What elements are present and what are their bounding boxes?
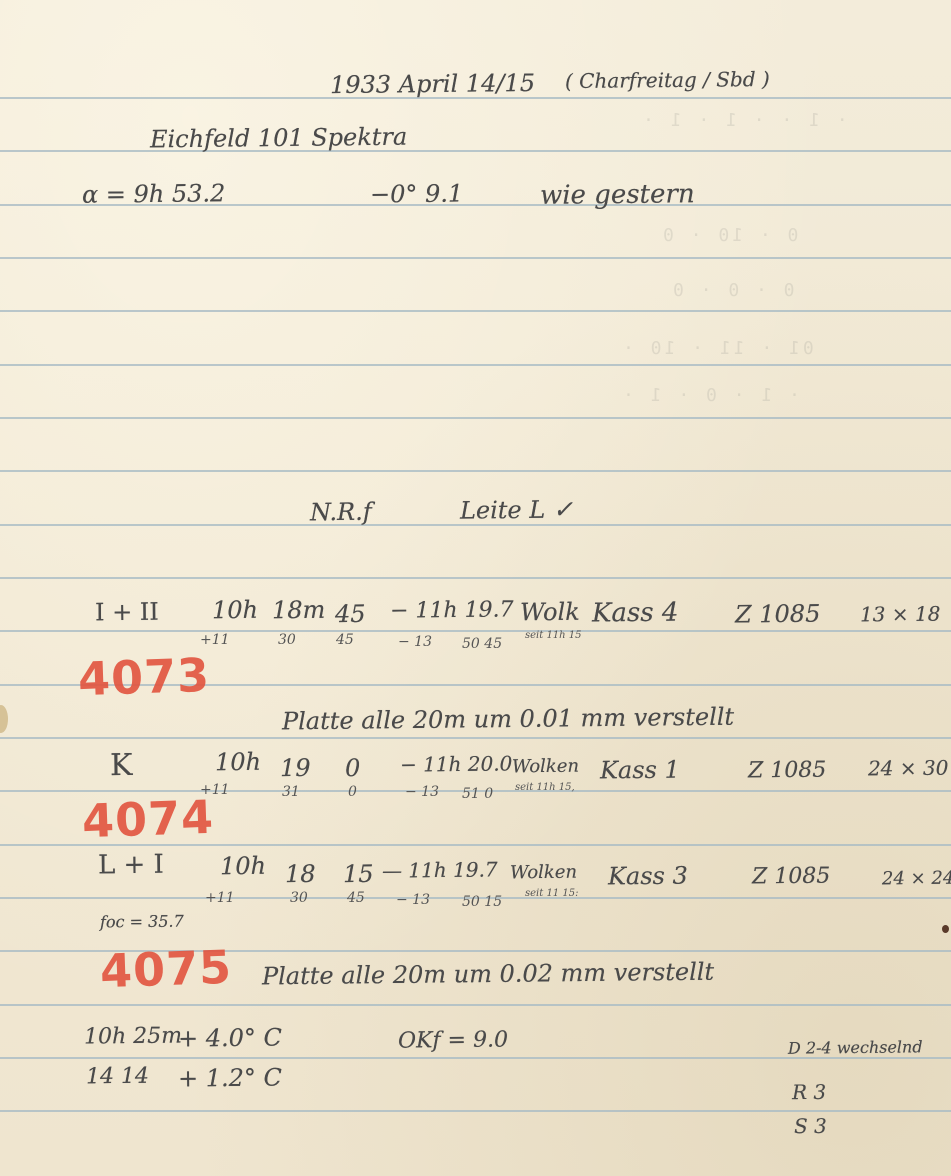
declination: −0° 9.1 [370, 180, 463, 209]
exposure-start-hour: 10h [215, 748, 261, 776]
weather-note: seit 11h 15, [515, 782, 575, 793]
exposure-start-second: 0 [345, 754, 361, 782]
sub-value: 0 [484, 786, 493, 802]
exposure-start-second: 45 [335, 600, 366, 628]
focus-value: foc = 35.7 [100, 912, 184, 932]
sub-value: − 13 [398, 634, 432, 650]
plate-type: Z 1085 [735, 600, 821, 629]
exposure-remark: Platte alle 20m um 0.02 mm verstellt [262, 958, 714, 991]
sub-value: +11 [205, 890, 235, 906]
target-field: Eichfeld 101 Spektra [150, 123, 408, 154]
ruled-line [0, 1004, 951, 1006]
sub-value: 51 [462, 786, 480, 802]
exposure-remark: Platte alle 20m um 0.01 mm verstellt [282, 703, 734, 736]
sub-value: 31 [282, 784, 300, 800]
ruled-line [0, 470, 951, 472]
weather: Wolken [512, 756, 579, 778]
bleed-through-text: · 1 · 0 · 1 · [620, 385, 800, 406]
ruled-line [0, 1110, 951, 1112]
paper-stain [0, 705, 8, 733]
exposure-filter: I + II [95, 598, 159, 627]
sub-value: 0 [348, 784, 357, 800]
weather-note: seit 11 15: [525, 888, 578, 899]
plate-number: 4073 [77, 648, 211, 707]
target-note: wie gestern [540, 179, 695, 211]
plate-size: 13 × 18 [860, 602, 941, 627]
weather: Wolken [510, 862, 577, 884]
temperature-time: 10h 25m [84, 1023, 182, 1049]
exposure-end: − 11h 19.7 [390, 597, 514, 623]
sub-value: − 13 [405, 784, 439, 800]
cassette: Kass 4 [592, 598, 679, 629]
setup-label: N.R.f [310, 498, 372, 527]
sub-value: 50 45 [462, 636, 502, 652]
ruled-line [0, 417, 951, 419]
sub-value: 50 15 [462, 894, 502, 910]
plate-number: 4075 [99, 940, 233, 999]
guide-note: Leite L ✓ [460, 495, 573, 524]
plate-type: Z 1085 [748, 758, 827, 784]
plate-size: 24 × 30 [868, 756, 949, 781]
plate-type: Z 1085 [752, 864, 831, 890]
weather-note: seit 11h 15 [525, 630, 582, 641]
cassette: Kass 3 [608, 862, 688, 891]
exposure-start-hour: 10h [220, 852, 266, 880]
bleed-through-text: · 1 · · 1 · 1 · [640, 110, 848, 131]
ruled-line [0, 737, 951, 739]
cassette: Kass 1 [600, 756, 680, 785]
seeing-s: S 3 [794, 1114, 827, 1138]
exposure-filter: K [110, 748, 133, 783]
ink-dot [942, 925, 949, 933]
exposure-start-second: 15 [343, 860, 374, 888]
right-ascension: α = 9h 53.2 [82, 179, 226, 208]
sub-value: 45 [347, 890, 365, 906]
exposure-end: − 11h 20.0 [400, 751, 513, 776]
exposure-start-hour: 10h [212, 596, 258, 624]
ruled-line [0, 577, 951, 579]
plate-size: 24 × 24 [882, 868, 951, 890]
sub-value: 51 0 [462, 786, 493, 802]
bleed-through-text: 0 · 10 · 0 [660, 225, 798, 246]
temperature-value: + 4.0° C [178, 1023, 282, 1052]
sub-value: 50 [462, 894, 480, 910]
seeing-d: D 2-4 wechselnd [788, 1037, 923, 1057]
ruled-line [0, 257, 951, 259]
ruled-line [0, 630, 951, 632]
sub-value: +11 [200, 632, 230, 648]
exposure-filter: L + I [98, 850, 164, 881]
exposure-start-minute: 18 [285, 860, 316, 888]
sub-value: − 13 [396, 892, 430, 908]
sub-value: 15 [484, 894, 502, 910]
seeing-r: R 3 [792, 1080, 826, 1104]
date-heading: 1933 April 14/15 [330, 69, 535, 99]
sub-value: 50 [462, 636, 480, 652]
day-note: ( Charfreitag / Sbd ) [565, 67, 770, 93]
exposure-start-minute: 18m [272, 596, 326, 625]
temperature-time: 14 14 [86, 1064, 149, 1090]
sub-value: 30 [290, 890, 308, 906]
ruled-line [0, 150, 951, 152]
exposure-start-minute: 19 [280, 754, 311, 782]
ruled-line [0, 364, 951, 366]
temperature-value: + 1.2° C [178, 1063, 282, 1092]
notebook-page: · 1 · · 1 · 1 · 0 · 10 · 0 0 · 0 · 0 01 … [0, 0, 951, 1176]
sub-value: 45 [484, 636, 502, 652]
bleed-through-text: 0 · 0 · 0 [670, 280, 795, 301]
sub-value: 30 [278, 632, 296, 648]
plate-number: 4074 [81, 790, 215, 849]
exposure-end: — 11h 19.7 [382, 857, 498, 882]
sub-value: 45 [336, 632, 354, 648]
bleed-through-text: 01 · 11 · 10 · [620, 338, 814, 359]
okf-value: OKf = 9.0 [398, 1027, 508, 1053]
weather: Wolk [520, 598, 580, 627]
ruled-line [0, 310, 951, 312]
